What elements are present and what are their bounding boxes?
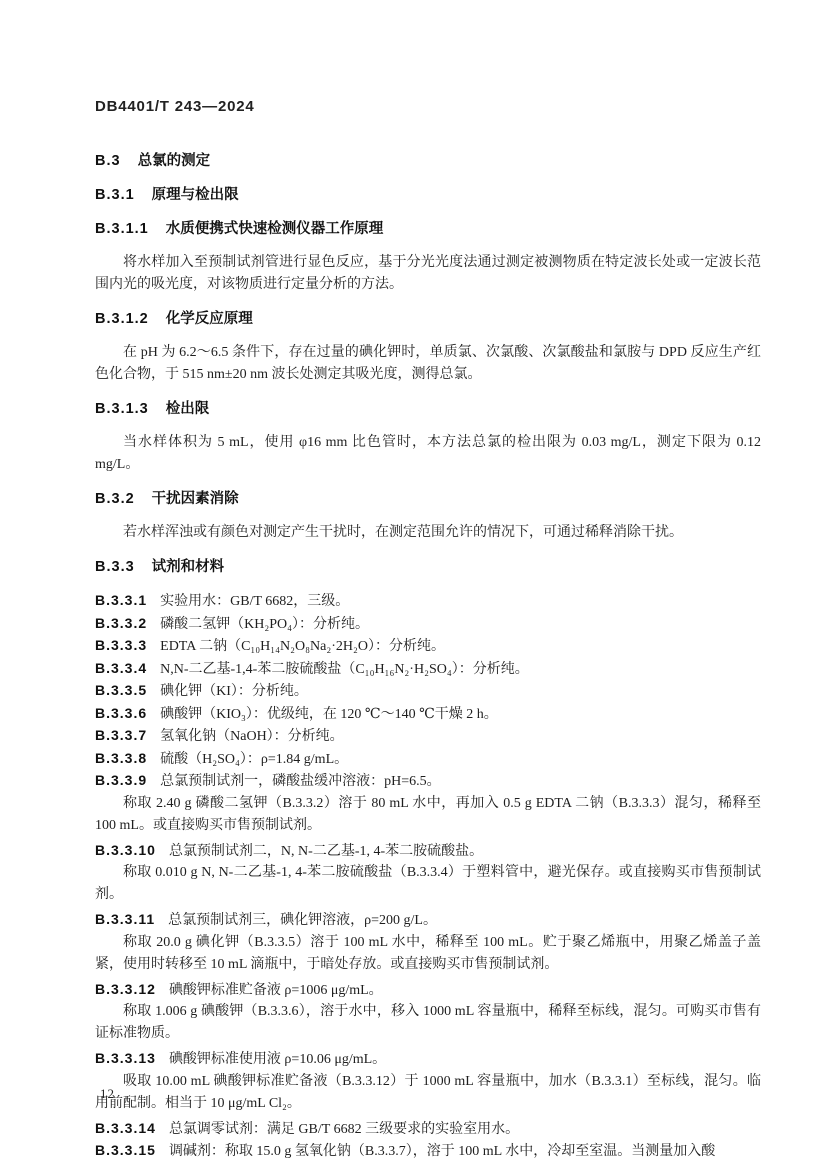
- clause-number: B.3.3.9: [95, 772, 147, 788]
- paragraph: 称取 20.0 g 碘化钾（B.3.3.5）溶于 100 mL 水中，稀释至 1…: [95, 932, 761, 976]
- clause-title: 水质便携式快速检测仪器工作原理: [166, 221, 384, 237]
- page-number: 12: [100, 1086, 115, 1102]
- document-body: B.3总氯的测定B.3.1原理与检出限B.3.1.1水质便携式快速检测仪器工作原…: [95, 138, 761, 1163]
- clause-body: 氢氧化钠（NaOH）：分析纯。: [160, 729, 344, 744]
- clause-item: B.3.3.4N,N-二乙基-1,4-苯二胺硫酸盐（C₁₀H₁₆N₂·H₂SO₄…: [95, 658, 761, 681]
- clause-body: 磷酸二氢钾（KH₂PO₄）：分析纯。: [160, 617, 369, 632]
- clause-item: B.3.3.6碘酸钾（KIO₃）：优级纯，在 120 ℃～140 ℃干燥 2 h…: [95, 703, 761, 726]
- clause-body: N,N-二乙基-1,4-苯二胺硫酸盐（C₁₀H₁₆N₂·H₂SO₄）：分析纯。: [160, 662, 529, 677]
- clause-number: B.3.3.2: [95, 615, 147, 631]
- clause-heading: B.3总氯的测定: [95, 151, 761, 172]
- standard-number: DB4401/T 243—2024: [95, 98, 255, 115]
- clause-item: B.3.3.10总氯预制试剂二，N, N-二乙基-1, 4-苯二胺硫酸盐。: [95, 840, 761, 863]
- clause-number: B.3.3.10: [95, 842, 156, 858]
- clause-body: 总氯预制试剂一，磷酸盐缓冲溶液：pH=6.5。: [160, 774, 441, 789]
- clause-number: B.3.1.2: [95, 311, 149, 327]
- clause-number: B.3.3.3: [95, 637, 147, 653]
- clause-number: B.3.3.6: [95, 705, 147, 721]
- clause-item: B.3.3.8硫酸（H₂SO₄）：ρ=1.84 g/mL。: [95, 748, 761, 771]
- paragraph: 若水样浑浊或有颜色对测定产生干扰时，在测定范围允许的情况下，可通过稀释消除干扰。: [95, 522, 761, 544]
- clause-body: 实验用水：GB/T 6682，三级。: [160, 594, 349, 609]
- paragraph: 在 pH 为 6.2～6.5 条件下，存在过量的碘化钾时，单质氯、次氯酸、次氯酸…: [95, 342, 761, 386]
- clause-number: B.3.3.7: [95, 727, 147, 743]
- clause-body: 碘酸钾标准使用液 ρ=10.06 μg/mL。: [169, 1052, 386, 1067]
- paragraph: 称取 2.40 g 磷酸二氢钾（B.3.3.2）溶于 80 mL 水中，再加入 …: [95, 793, 761, 837]
- clause-heading: B.3.2干扰因素消除: [95, 489, 761, 510]
- clause-title: 化学反应原理: [166, 311, 253, 327]
- clause-heading: B.3.1原理与检出限: [95, 185, 761, 206]
- clause-item: B.3.3.5碘化钾（KI）：分析纯。: [95, 680, 761, 703]
- clause-heading: B.3.1.2化学反应原理: [95, 309, 761, 330]
- clause-body: 碘酸钾（KIO₃）：优级纯，在 120 ℃～140 ℃干燥 2 h。: [160, 707, 498, 722]
- paragraph: 吸取 10.00 mL 碘酸钾标准贮备液（B.3.3.12）于 1000 mL …: [95, 1071, 761, 1115]
- clause-item: B.3.3.1实验用水：GB/T 6682，三级。: [95, 590, 761, 613]
- clause-body: 调碱剂：称取 15.0 g 氢氧化钠（B.3.3.7），溶于 100 mL 水中…: [169, 1144, 715, 1159]
- clause-item: B.3.3.11总氯预制试剂三，碘化钾溶液，ρ=200 g/L。: [95, 909, 761, 932]
- clause-body: 总氯预制试剂二，N, N-二乙基-1, 4-苯二胺硫酸盐。: [169, 844, 483, 859]
- clause-body: 总氯预制试剂三，碘化钾溶液，ρ=200 g/L。: [168, 913, 437, 928]
- clause-title: 试剂和材料: [152, 559, 225, 575]
- clause-number: B.3.3.13: [95, 1050, 156, 1066]
- clause-number: B.3: [95, 153, 121, 169]
- clause-number: B.3.1: [95, 187, 135, 203]
- clause-number: B.3.3: [95, 559, 135, 575]
- clause-item: B.3.3.3EDTA 二钠（C₁₀H₁₄N₂O₈Na₂·2H₂O）：分析纯。: [95, 635, 761, 658]
- clause-number: B.3.3.11: [95, 911, 155, 927]
- clause-title: 检出限: [166, 401, 210, 417]
- clause-title: 总氯的测定: [138, 153, 211, 169]
- clause-body: 总氯调零试剂：满足 GB/T 6682 三级要求的实验室用水。: [169, 1122, 519, 1137]
- clause-item: B.3.3.12碘酸钾标准贮备液 ρ=1006 μg/mL。: [95, 979, 761, 1002]
- clause-item: B.3.3.2磷酸二氢钾（KH₂PO₄）：分析纯。: [95, 613, 761, 636]
- clause-heading: B.3.1.1水质便携式快速检测仪器工作原理: [95, 219, 761, 240]
- paragraph: 将水样加入至预制试剂管进行显色反应，基于分光光度法通过测定被测物质在特定波长处或…: [95, 252, 761, 296]
- clause-item: B.3.3.7氢氧化钠（NaOH）：分析纯。: [95, 725, 761, 748]
- clause-number: B.3.3.4: [95, 660, 147, 676]
- paragraph: 当水样体积为 5 mL，使用 φ16 mm 比色管时，本方法总氯的检出限为 0.…: [95, 432, 761, 476]
- paragraph: 称取 1.006 g 碘酸钾（B.3.3.6），溶于水中，移入 1000 mL …: [95, 1001, 761, 1045]
- clause-heading: B.3.1.3检出限: [95, 399, 761, 420]
- clause-body: EDTA 二钠（C₁₀H₁₄N₂O₈Na₂·2H₂O）：分析纯。: [160, 639, 445, 654]
- clause-number: B.3.3.14: [95, 1120, 156, 1136]
- clause-body: 碘酸钾标准贮备液 ρ=1006 μg/mL。: [169, 983, 383, 998]
- clause-number: B.3.3.1: [95, 592, 147, 608]
- clause-number: B.3.3.15: [95, 1142, 156, 1158]
- clause-title: 原理与检出限: [152, 187, 239, 203]
- paragraph: 称取 0.010 g N, N-二乙基-1, 4-苯二胺硫酸盐（B.3.3.4）…: [95, 862, 761, 906]
- clause-item: B.3.3.14总氯调零试剂：满足 GB/T 6682 三级要求的实验室用水。: [95, 1118, 761, 1141]
- clause-heading: B.3.3试剂和材料: [95, 557, 761, 578]
- clause-number: B.3.3.5: [95, 682, 147, 698]
- clause-body: 碘化钾（KI）：分析纯。: [160, 684, 308, 699]
- clause-item: B.3.3.15调碱剂：称取 15.0 g 氢氧化钠（B.3.3.7），溶于 1…: [95, 1140, 761, 1163]
- clause-number: B.3.1.1: [95, 221, 149, 237]
- clause-body: 硫酸（H₂SO₄）：ρ=1.84 g/mL。: [160, 752, 348, 767]
- clause-number: B.3.1.3: [95, 401, 149, 417]
- clause-title: 干扰因素消除: [152, 491, 239, 507]
- clause-number: B.3.3.8: [95, 750, 147, 766]
- clause-item: B.3.3.9总氯预制试剂一，磷酸盐缓冲溶液：pH=6.5。: [95, 770, 761, 793]
- clause-number: B.3.3.12: [95, 981, 156, 997]
- clause-item: B.3.3.13碘酸钾标准使用液 ρ=10.06 μg/mL。: [95, 1048, 761, 1071]
- clause-number: B.3.2: [95, 491, 135, 507]
- document-page: DB4401/T 243—2024 B.3总氯的测定B.3.1原理与检出限B.3…: [0, 0, 826, 1169]
